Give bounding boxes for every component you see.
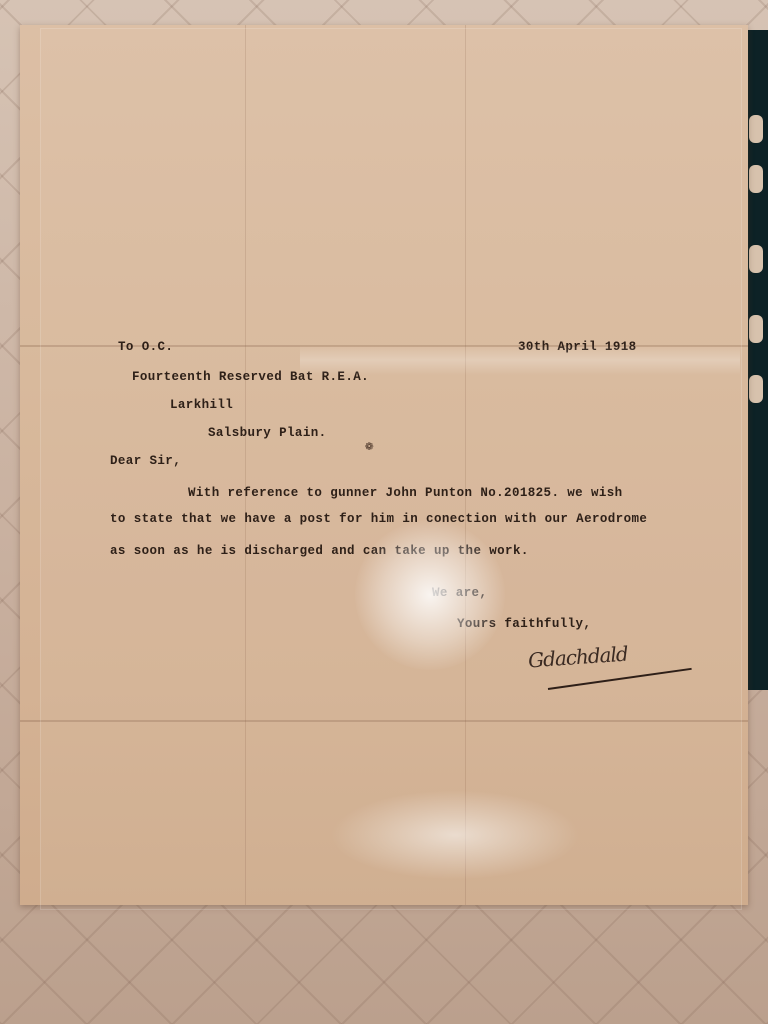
sleeve-sheen [300, 345, 740, 375]
body-line: With reference to gunner John Punton No.… [188, 486, 623, 500]
punch-hole [749, 165, 763, 193]
light-glare [330, 790, 580, 880]
light-glare [355, 520, 505, 670]
plastic-sleeve [40, 28, 742, 910]
punch-hole [749, 245, 763, 273]
salutation: Dear Sir, [110, 454, 181, 468]
body-line: to state that we have a post for him in … [110, 512, 647, 526]
punch-hole [749, 375, 763, 403]
address-line: Salsbury Plain. [208, 426, 327, 440]
recipient-line: To O.C. [118, 340, 173, 354]
punch-hole [749, 315, 763, 343]
ink-mark-icon: ❁ [365, 438, 373, 455]
address-line: Larkhill [170, 398, 233, 412]
punch-hole [749, 115, 763, 143]
